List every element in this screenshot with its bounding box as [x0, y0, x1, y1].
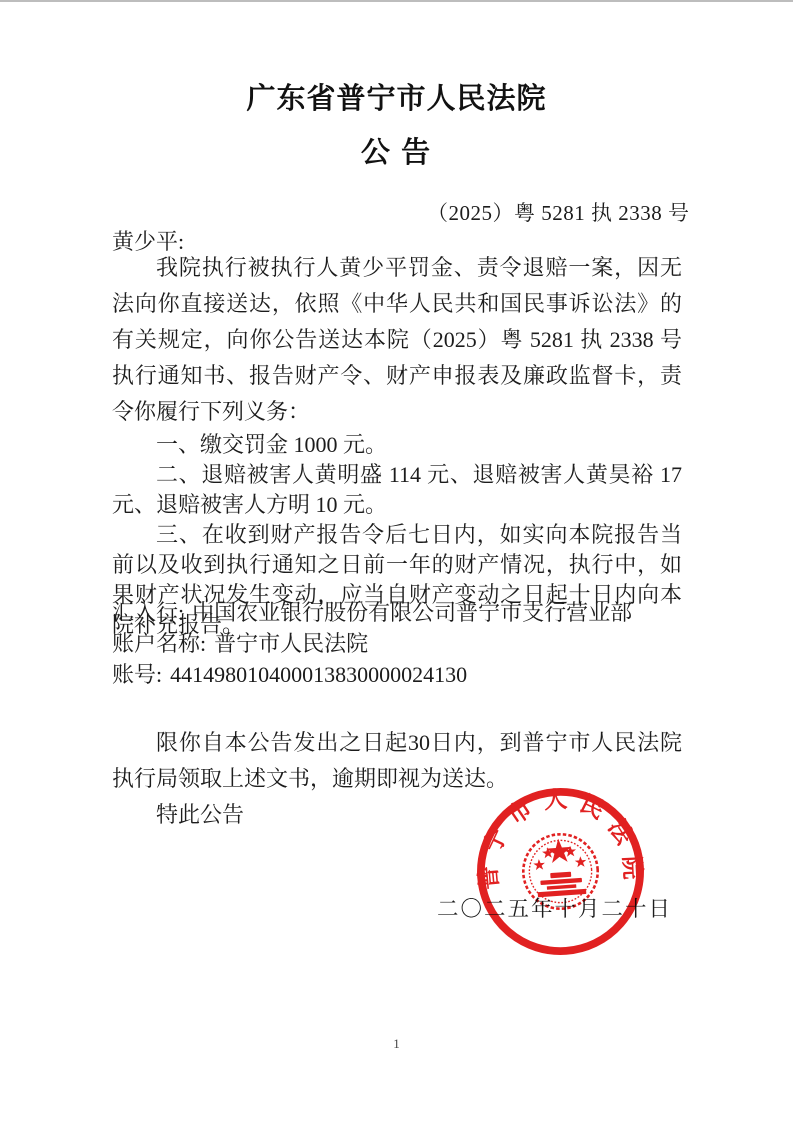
bank-account-number-label: 账号:	[112, 662, 162, 687]
bank-account-name-label: 账户名称:	[112, 631, 206, 656]
court-name-title: 广东省普宁市人民法院	[0, 76, 793, 117]
bank-deposit-value: 中国农业银行股份有限公司普宁市支行营业部	[192, 600, 632, 625]
paragraph-item-2: 二、退赔被害人黄明盛 114 元、退赔被害人黄昊裕 17 元、退赔被害人方明 1…	[112, 460, 682, 520]
body-text: 我院执行被执行人黄少平罚金、责令退赔一案，因无法向你直接送达，依照《中华人民共和…	[112, 250, 682, 640]
bank-account-number-value: 441498010400013830000024130	[170, 662, 467, 687]
paragraph-intro: 我院执行被执行人黄少平罚金、责令退赔一案，因无法向你直接送达，依照《中华人民共和…	[112, 250, 682, 430]
bank-deposit-label: 汇入行:	[112, 600, 184, 625]
bank-account-number-line: 账号:441498010400013830000024130	[112, 659, 712, 690]
document-page: 广东省普宁市人民法院 公 告 （2025）粤 5281 执 2338 号 黄少平…	[0, 0, 793, 1122]
doc-type-title: 公 告	[0, 130, 793, 171]
national-emblem-icon	[521, 832, 600, 911]
case-number: （2025）粤 5281 执 2338 号	[427, 197, 690, 227]
page-number: 1	[0, 1036, 793, 1052]
page-top-edge	[0, 0, 793, 2]
bank-info: 汇入行:中国农业银行股份有限公司普宁市支行营业部 账户名称:普宁市人民法院 账号…	[112, 597, 712, 690]
bank-deposit-line: 汇入行:中国农业银行股份有限公司普宁市支行营业部	[112, 597, 712, 628]
bank-account-name-line: 账户名称:普宁市人民法院	[112, 628, 712, 659]
court-seal: 普宁市人民法院	[468, 779, 653, 964]
bank-account-name-value: 普宁市人民法院	[214, 631, 368, 656]
paragraph-item-1: 一、缴交罚金 1000 元。	[112, 430, 682, 460]
